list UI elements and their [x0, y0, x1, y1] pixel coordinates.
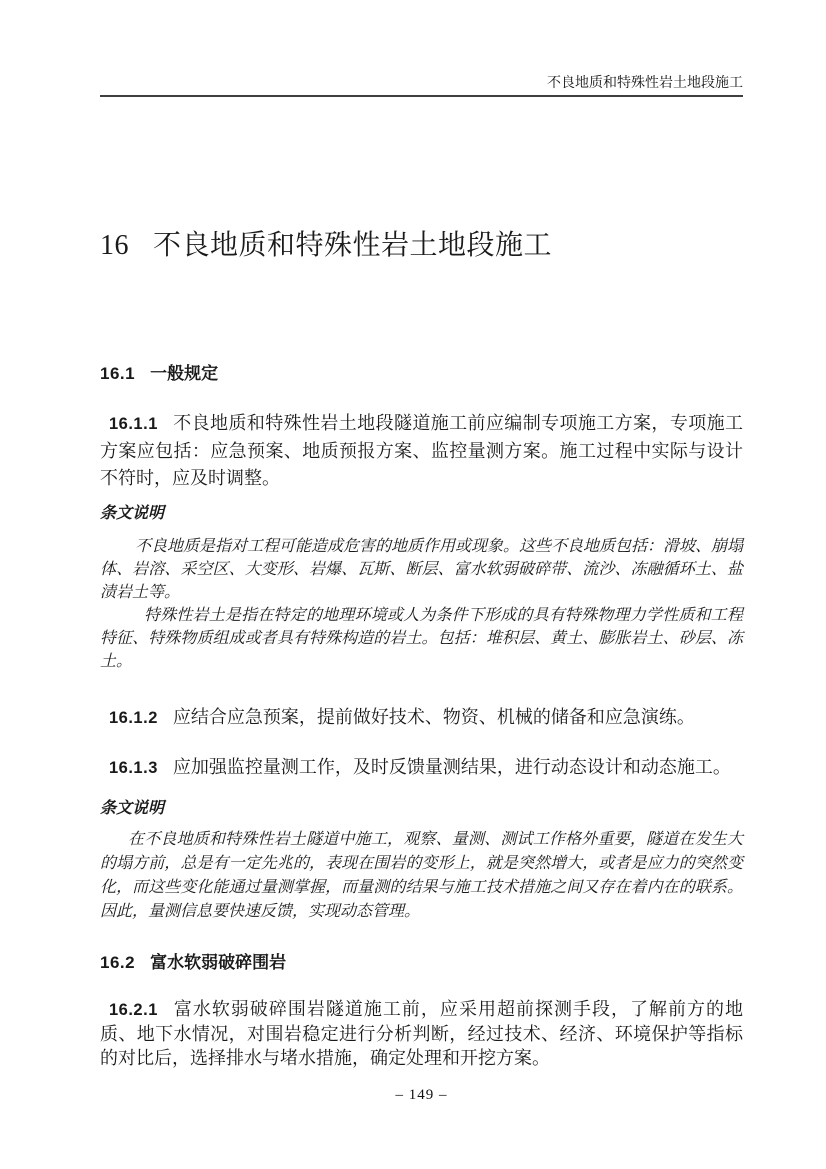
chapter-title: 16不良地质和特殊性岩土地段施工: [100, 229, 743, 263]
section-heading-16-1: 16.1一般规定: [100, 362, 743, 385]
clause-16-1-2: 16.1.2应结合应急预案，提前做好技术、物资、机械的储备和应急演练。: [100, 704, 743, 732]
running-header: 不良地质和特殊性岩土地段施工: [100, 0, 743, 97]
chapter-number: 16: [100, 230, 129, 261]
chapter-title-text: 不良地质和特殊性岩土地段施工: [153, 230, 552, 261]
explanation-paragraph: 在不良地质和特殊性岩土隧道中施工，观察、量测、测试工作格外重要，隧道在发生大的塌…: [100, 828, 743, 924]
clause-16-2-1: 16.2.1富水软弱破碎围岩隧道施工前，应采用超前探测手段，了解前方的地质、地下…: [100, 997, 743, 1070]
clause-number: 16.2.1: [109, 1001, 158, 1019]
running-header-text: 不良地质和特殊性岩土地段施工: [547, 76, 743, 91]
clause-number: 16.1.1: [109, 415, 158, 433]
clause-text: 应结合应急预案，提前做好技术、物资、机械的储备和应急演练。: [173, 707, 695, 727]
clause-text: 富水软弱破碎围岩隧道施工前，应采用超前探测手段，了解前方的地质、地下水情况，对围…: [100, 999, 743, 1068]
clause-number: 16.1.2: [109, 709, 158, 727]
explanation-paragraph: 特殊性岩土是指在特定的地理环境或人为条件下形成的具有特殊物理力学性质和工程特征、…: [100, 604, 743, 673]
section-heading-16-2: 16.2富水软弱破碎围岩: [100, 951, 743, 974]
clause-16-1-3: 16.1.3应加强监控量测工作，及时反馈量测结果，进行动态设计和动态施工。: [100, 754, 743, 782]
clause-text: 不良地质和特殊性岩土地段隧道施工前应编制专项施工方案，专项施工方案应包括：应急预…: [100, 413, 743, 488]
section-number: 16.2: [100, 953, 135, 972]
explanation-heading: 条文说明: [100, 504, 743, 524]
clause-text: 应加强监控量测工作，及时反馈量测结果，进行动态设计和动态施工。: [173, 757, 731, 777]
section-number: 16.1: [100, 364, 135, 383]
page-number: – 149 –: [100, 1086, 743, 1105]
section-title: 一般规定: [150, 364, 218, 383]
explanation-paragraph: 不良地质是指对工程可能造成危害的地质作用或现象。这些不良地质包括：滑坡、崩塌体、…: [100, 535, 743, 604]
document-page: 不良地质和特殊性岩土地段施工 16不良地质和特殊性岩土地段施工 16.1一般规定…: [0, 0, 826, 1169]
explanation-heading: 条文说明: [100, 799, 743, 819]
section-title: 富水软弱破碎围岩: [150, 953, 286, 972]
clause-number: 16.1.3: [109, 759, 158, 777]
page-content: 不良地质和特殊性岩土地段施工 16不良地质和特殊性岩土地段施工 16.1一般规定…: [100, 0, 743, 1070]
clause-16-1-1: 16.1.1不良地质和特殊性岩土地段隧道施工前应编制专项施工方案，专项施工方案应…: [100, 410, 743, 492]
